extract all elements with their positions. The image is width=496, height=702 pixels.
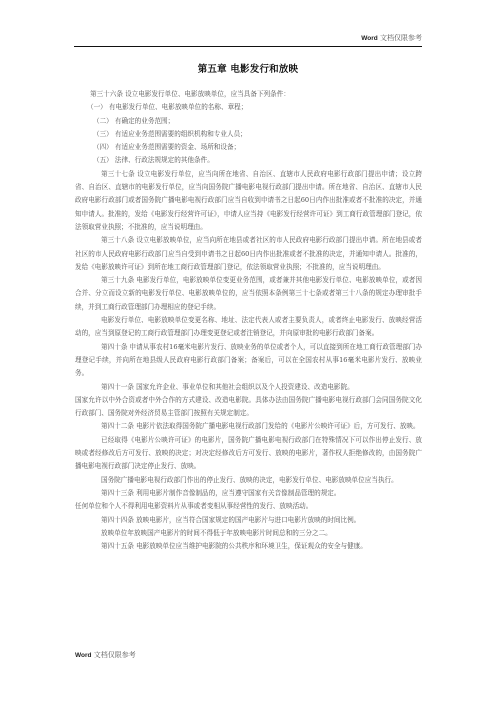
paragraph-article-39-b: 电影发行单位、电影放映单位变更名称、地址、法定代表人或者主要负责人，或者终止电影… <box>75 314 422 341</box>
paragraph-article-44: 第四十四条 放映电影片，应当符合国家规定的国产电影片与进口电影片放映的时间比例。 <box>75 514 422 527</box>
paragraph-article-43-b: 任何单位和个人不得利用电影资料片从事或者变相从事经营性的发行、放映活动。 <box>75 500 422 513</box>
paragraph-article-42: 第四十二条 电影片依法取得国务院广播电影电视行政部门发给的《电影片公映许可证》后… <box>75 420 422 433</box>
paragraph-article-39: 第三十九条 电影发行单位，电影放映单位变更业务范围，或者兼并其他电影发行单位、电… <box>75 274 422 314</box>
paragraph-article-44-b: 放映单位年放映国产电影片的时间不得低于年放映电影片时间总和的三分之二。 <box>75 527 422 540</box>
paragraph-article-42-c: 国务院广播电影电视行政部门作出的停止发行、放映的决定，电影发行单位、电影放映单位… <box>75 474 422 487</box>
paragraph-article-42-b: 已经取得《电影片公映许可证》的电影片，国务院广播电影电视行政部门在特殊情况下可以… <box>75 434 422 474</box>
page-footer: Word 文档仅限参考 <box>75 650 136 660</box>
header-note: 文档仅限参考 <box>378 34 422 42</box>
chapter-title: 第五章 电影发行和放映 <box>74 61 422 75</box>
paragraph-article-37: 第三十七条 设立电影发行单位，应当向所在地省、自治区、直辖市人民政府电影行政部门… <box>75 168 422 234</box>
paragraph-article-41: 第四十一条 国家允许企业、事业单位和其他社会组织以及个人投资建设、改造电影院。 <box>75 381 422 394</box>
paragraph-article-43: 第四十三条 利用电影片制作音像制品的，应当遵守国家有关音像制品管理的规定。 <box>75 487 422 500</box>
paragraph-article-38: 第三十八条 设立电影放映单位，应当向所在地县或者社区的市人民政府电影行政部门提出… <box>75 234 422 274</box>
footer-brand: Word <box>75 652 92 659</box>
paragraph-article-45: 第四十五条 电影放映单位应当维护电影院的公共秩序和环境卫生，保证观众的安全与健康… <box>75 540 422 553</box>
list-item-5: （五） 法律、行政法规规定的其他条件。 <box>75 154 422 167</box>
paragraph-article-41-b: 国家允许以中外合资或者中外合作的方式建设、改造电影院。具体办法由国务院广播电影电… <box>75 394 422 421</box>
page-header: Word 文档仅限参考 <box>74 33 422 47</box>
list-item-1: （一） 有电影发行单位、电影放映单位的名称、章程； <box>75 101 422 114</box>
footer-note: 文档仅限参考 <box>92 651 136 659</box>
list-item-3: （三） 有适应业务范围需要的组织机构和专业人员； <box>75 128 422 141</box>
document-body: 第三十六条 设立电影发行单位、电影放映单位，应当具备下列条件： （一） 有电影发… <box>75 88 422 553</box>
paragraph-article-36: 第三十六条 设立电影发行单位、电影放映单位，应当具备下列条件： <box>75 88 422 101</box>
paragraph-article-40: 第四十条 申请从事农村16毫米电影片发行、放映业务的单位或者个人，可以直接到所在… <box>75 341 422 381</box>
list-item-4: （四） 有适应业务范围需要的资金、场所和设备； <box>75 141 422 154</box>
header-brand: Word <box>361 35 378 42</box>
list-item-2: （二） 有确定的业务范围； <box>75 115 422 128</box>
